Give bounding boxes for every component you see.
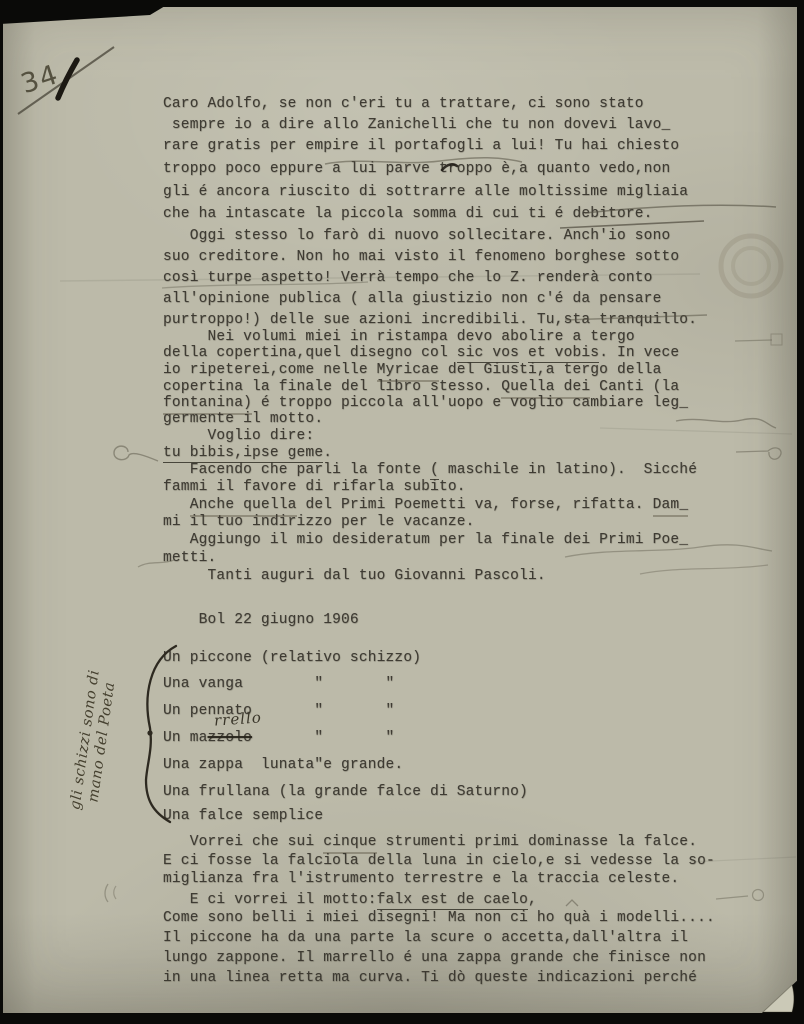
scanned-letter-photo: Caro Adolfo, se non c'eri tu a trattare,… [0,0,804,1024]
typed-text: Caro Adolfo, se non c'eri tu a trattare,… [0,0,804,1024]
typed-line: Il piccone ha da una parte la scure o ac… [163,930,688,946]
typed-line: Un pennato " " [163,703,394,719]
typed-line: Oggi stesso lo farò di nuovo sollecitare… [163,228,670,244]
typed-line: all'opinione publica ( alla giustizio no… [163,291,661,307]
typed-line: Una vanga " " [163,676,394,692]
typed-line: Caro Adolfo, se non c'eri tu a trattare,… [163,96,644,112]
typed-line: Un piccone (relativo schizzo) [163,650,421,666]
typed-line: Una falce semplice [163,808,323,824]
typed-line: così turpe aspetto! Verrà tempo che lo Z… [163,270,653,286]
typed-line: Una frullana (la grande falce di Saturno… [163,784,528,800]
typed-line: Aggiungo il mio desideratum per la final… [163,532,688,548]
mazzolo-correction: rrello [213,708,262,729]
typed-line: Voglio dire: [163,428,314,444]
typed-line: miglianza fra l'istrumento terrestre e l… [163,871,679,887]
typed-line: Tanti auguri dal tuo Giovanni Pascoli. [163,568,546,584]
typed-line: germente il motto. [163,411,323,427]
typed-line: che ha intascate la piccola somma di cui… [163,206,653,222]
typed-line: Anche quella del Primi Poemetti va, fors… [163,497,688,513]
typed-line: Un mazzolo " " [163,730,394,746]
typed-line: copertina la finale del libro stesso. Qu… [163,379,679,395]
typed-line: troppo poco eppure a lui parve troppo è,… [163,161,670,177]
typed-line: suo creditore. Non ho mai visto il fenom… [163,249,679,265]
typed-line: Vorrei che sui cinque strumenti primi do… [163,834,697,850]
typed-line: lungo zappone. Il marrello é una zappa g… [163,950,706,966]
typed-line: tu bibis,ipse geme. [163,445,332,461]
typed-line: E ci fosse la falciola della luna in cie… [163,853,715,869]
typed-line: Come sono belli i miei disegni! Ma non c… [163,910,715,926]
typed-line: purtroppo!) delle sue azioni incredibili… [163,312,697,328]
typed-line: fontanina) é troppo piccola all'uopo e v… [163,395,688,411]
typed-line: mi il tuo indirizzo per le vacanze. [163,514,475,530]
typed-line: Una zappa lunata"e grande. [163,757,403,773]
typed-line: metti. [163,550,216,566]
typed-line: fammi il favore di rifarla subito. [163,479,466,495]
typed-line: sempre io a dire allo Zanichelli che tu … [163,117,670,133]
typed-line: io ripeterei,come nelle Myricae del Gius… [163,362,662,378]
typed-line: della copertina,quel disegno col sic vos… [163,345,679,361]
typed-line: rare gratis per empire il portafogli a l… [163,138,679,154]
typed-line: in una linea retta ma curva. Ti dò quest… [163,970,697,986]
typed-line: Nei volumi miei in ristampa devo abolire… [163,329,635,345]
typed-line: Facendo che parli la fonte ( maschile in… [163,462,697,478]
typed-line: Bol 22 giugno 1906 [163,612,359,628]
typed-line: E ci vorrei il motto:falx est de caelo, [163,892,537,908]
typed-line: gli é ancora riuscito di sottrarre alle … [163,184,688,200]
